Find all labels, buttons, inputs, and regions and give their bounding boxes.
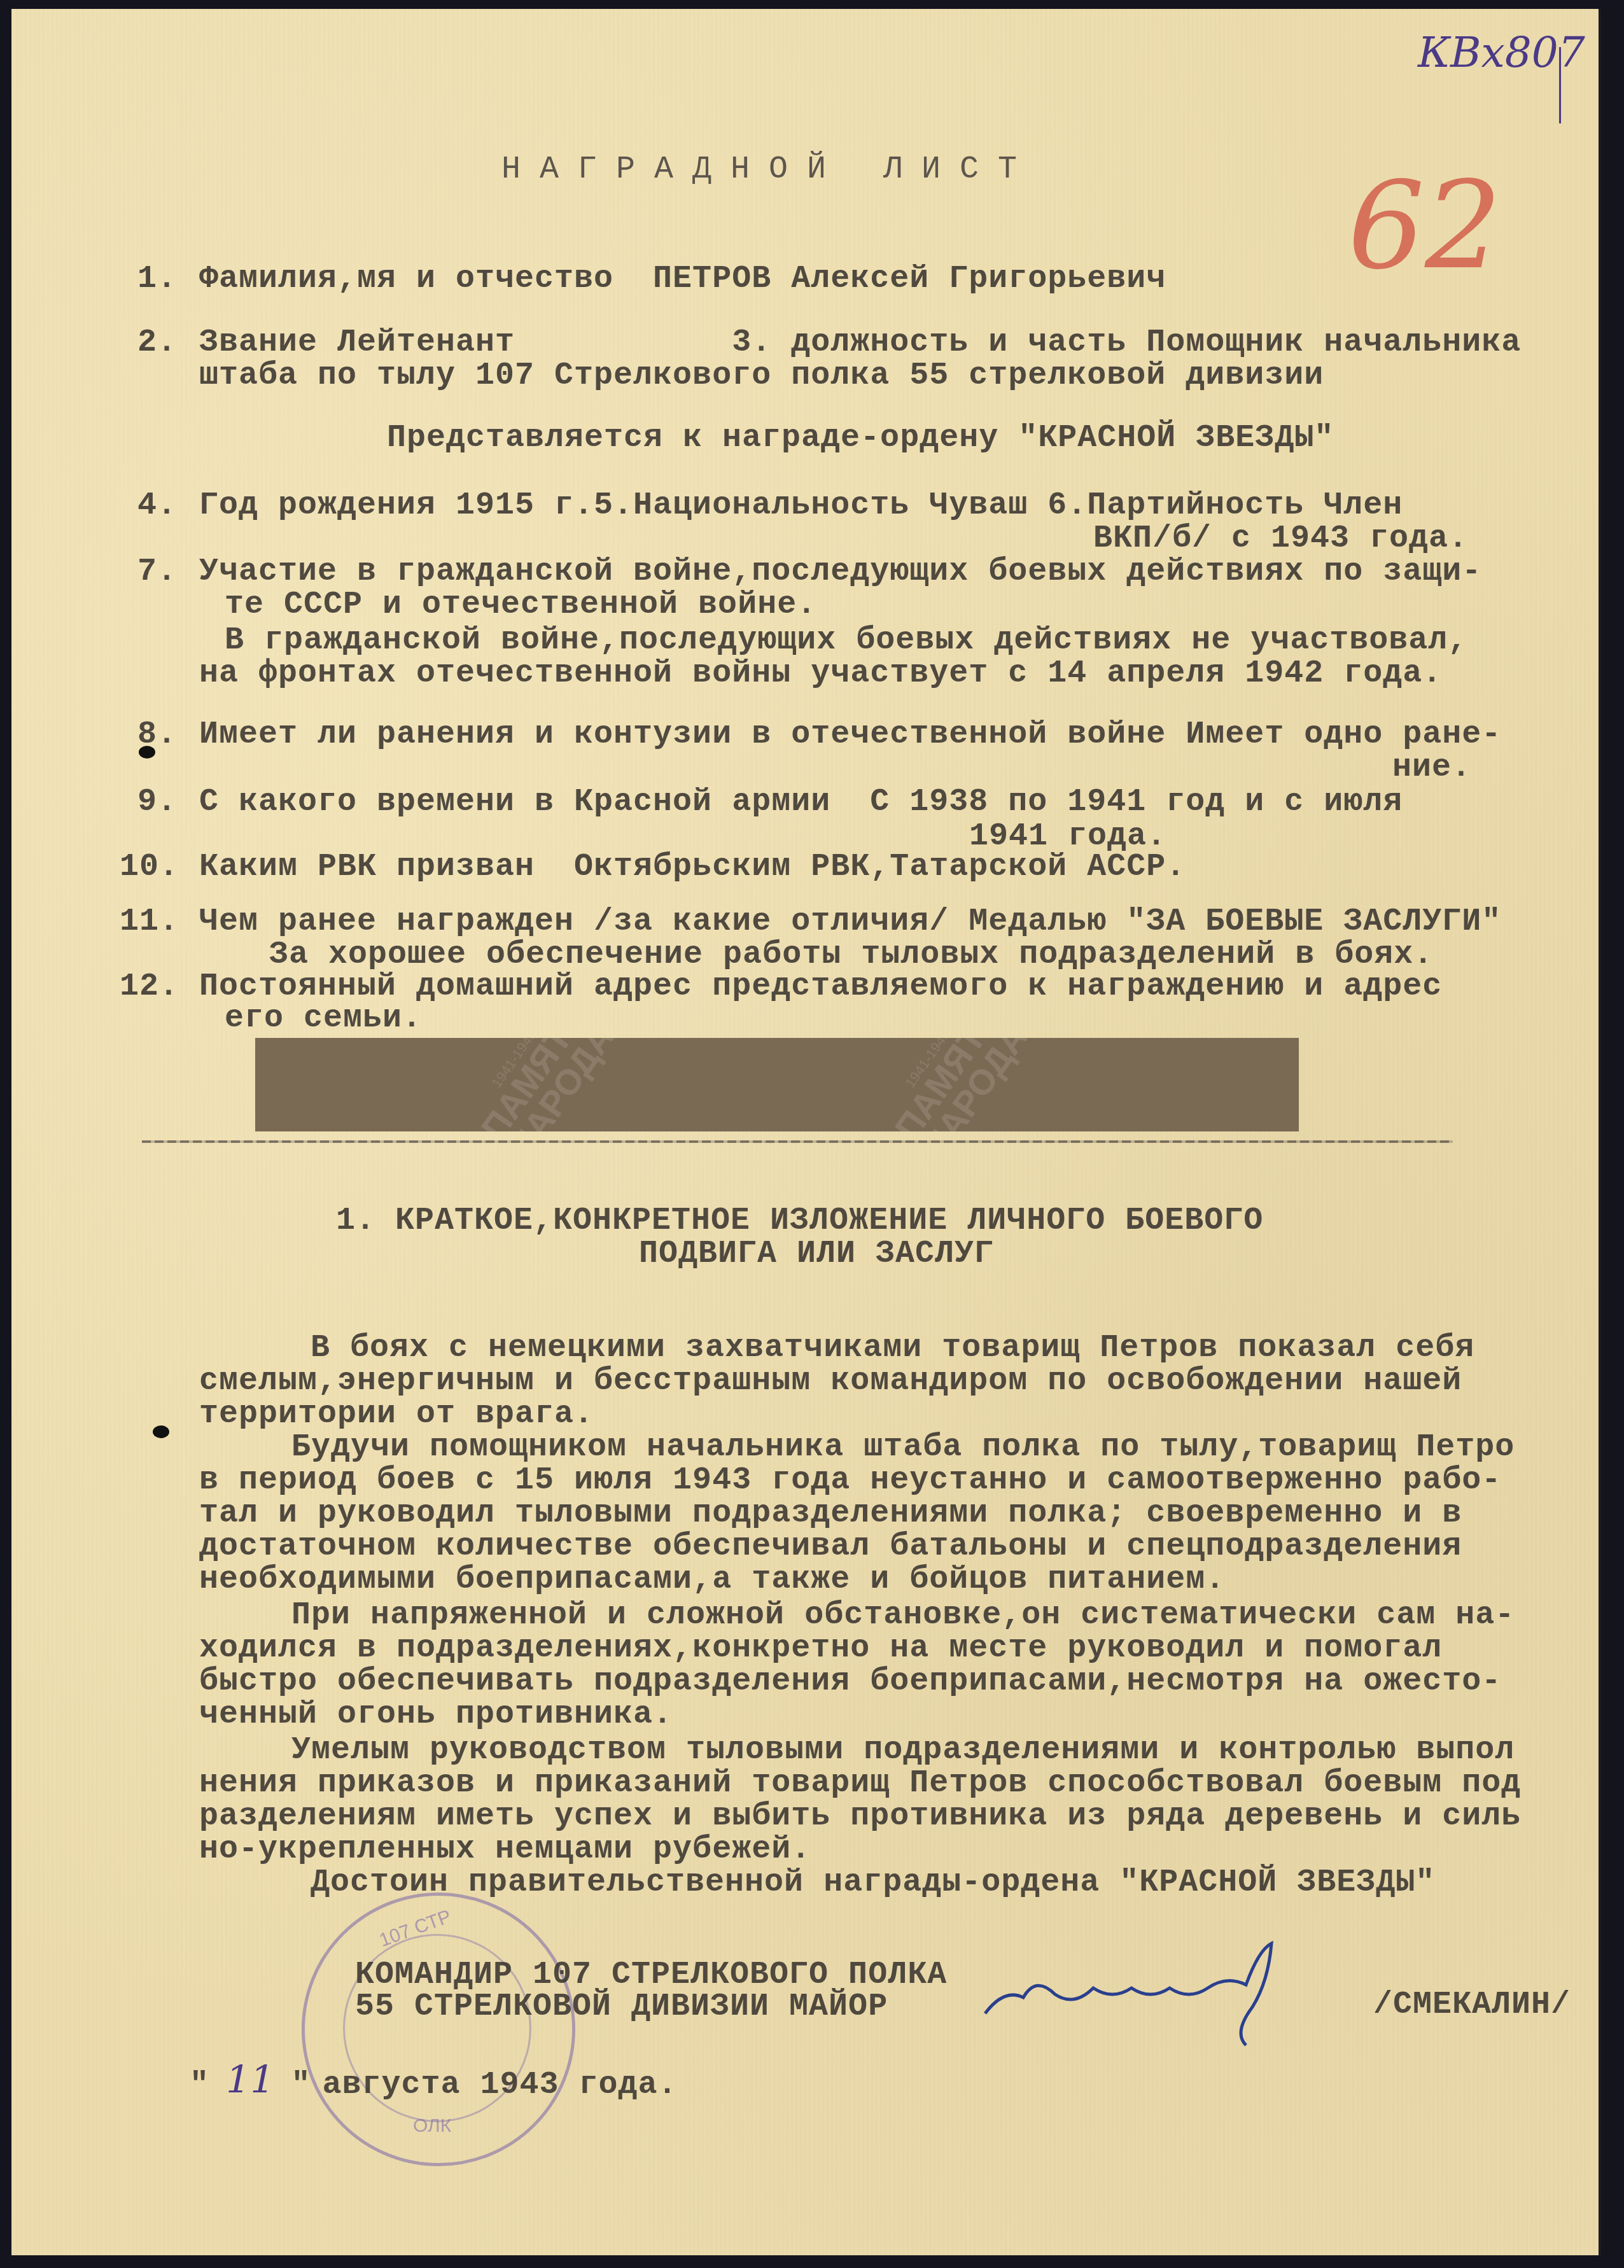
- field-text: Представляется к награде-ордену "КРАСНОЙ…: [387, 423, 1334, 454]
- section-heading-line-2: ПОДВИГА ИЛИ ЗАСЛУГ: [639, 1238, 994, 1270]
- field-text: С какого времени в Красной армии С 1938 …: [199, 787, 1403, 818]
- field-number: 10.: [120, 851, 179, 883]
- field-text: Постоянный домашний адрес представляемог…: [199, 971, 1442, 1003]
- date-day: 11: [226, 2058, 274, 2103]
- field-number: 7.: [137, 556, 177, 588]
- document-title: НАГРАДНОЙ ЛИСТ: [501, 154, 1036, 186]
- redaction-bar: 1941-1945 ПАМЯТЬНАРОДА 1941-1945 ПАМЯТЬН…: [255, 1038, 1299, 1131]
- narrative-line: разделениям иметь успех и выбить противн…: [199, 1801, 1521, 1833]
- narrative-line: Умелым руководством тыловыми подразделен…: [291, 1735, 1515, 1767]
- field-text: Фамилия,мя и отчество ПЕТРОВ Алексей Гри…: [199, 263, 1166, 295]
- section-heading-line-1: 1. КРАТКОЕ,КОНКРЕТНОЕ ИЗЛОЖЕНИЕ ЛИЧНОГО …: [336, 1205, 1263, 1237]
- narrative-line: Достоин правительственной награды-ордена…: [311, 1867, 1435, 1899]
- narrative-line: При напряженной и сложной обстановке,он …: [291, 1600, 1515, 1632]
- field-text: Год рождения 1915 г.5.Национальность Чув…: [199, 490, 1403, 522]
- official-stamp: 107 СТР ОЛК: [302, 1893, 575, 2166]
- date-text: августа 1943 года.: [322, 2067, 677, 2103]
- award-sheet: КВх807 62 НАГРАДНОЙ ЛИСТ 1.Фамилия,мя и …: [11, 9, 1601, 2255]
- handwritten-signature: [979, 1937, 1361, 2052]
- narrative-line: в период боев с 15 июля 1943 года неуста…: [199, 1465, 1501, 1497]
- narrative-line: ходился в подразделениях,конкретно на ме…: [199, 1633, 1442, 1665]
- field-text: Звание Лейтенант 3. должность и часть По…: [199, 327, 1521, 359]
- field-text: Каким РВК призван Октябрьским РВК,Татарс…: [199, 851, 1186, 883]
- field-text: его семьи.: [225, 1003, 422, 1035]
- field-text: на фронтах отечественной войны участвует…: [199, 658, 1442, 690]
- field-text: Участие в гражданской войне,последующих …: [199, 556, 1481, 588]
- field-text: Чем ранее награжден /за какие отличия/ М…: [199, 906, 1501, 938]
- field-number: 2.: [137, 327, 177, 359]
- field-number: 9.: [137, 787, 177, 818]
- commander-name: /СМЕКАЛИН/: [1373, 1989, 1571, 2021]
- field-text: штаба по тылу 107 Стрелкового полка 55 с…: [199, 360, 1324, 392]
- narrative-line: ченный огонь противника.: [199, 1699, 673, 1731]
- narrative-line: Будучи помощником начальника штаба полка…: [291, 1432, 1515, 1464]
- narrative-line: территории от врага.: [199, 1399, 594, 1431]
- watermark: 1941-1945 ПАМЯТЬНАРОДА: [878, 1038, 1033, 1131]
- narrative-line: быстро обеспечивать подразделения боепри…: [199, 1666, 1501, 1698]
- field-text: Имеет ли ранения и контузии в отечествен…: [199, 719, 1501, 751]
- field-text: 1941 года.: [969, 821, 1166, 853]
- binder-hole: [153, 1425, 169, 1438]
- narrative-line: достаточном количестве обеспечивал батал…: [199, 1531, 1462, 1563]
- narrative-line: смелым,энергичным и бесстрашным командир…: [199, 1366, 1462, 1397]
- field-number: 12.: [120, 971, 179, 1003]
- page-number: 62: [1348, 155, 1502, 296]
- watermark: 1941-1945 ПАМЯТЬНАРОДА: [465, 1038, 619, 1131]
- binder-hole: [139, 746, 155, 759]
- signature-line-1: КОМАНДИР 107 СТРЕЛКОВОГО ПОЛКА: [355, 1959, 947, 1991]
- field-text: В гражданской войне,последующих боевых д…: [225, 625, 1467, 657]
- field-text: ние.: [1392, 752, 1471, 784]
- narrative-line: но-укрепленных немцами рубежей.: [199, 1834, 811, 1866]
- field-number: 11.: [120, 906, 179, 938]
- narrative-line: необходимыми боеприпасами,а также и бойц…: [199, 1564, 1225, 1596]
- narrative-line: тал и руководил тыловыми подразделениями…: [199, 1498, 1462, 1530]
- narrative-line: В боях с немецкими захватчиками товарищ …: [311, 1333, 1474, 1364]
- field-number: 1.: [137, 263, 177, 295]
- field-text: ВКП/б/ с 1943 года.: [1093, 523, 1468, 555]
- section-divider: [142, 1140, 1453, 1143]
- signature-line-2: 55 СТРЕЛКОВОЙ ДИВИЗИИ МАЙОР: [355, 1991, 888, 2023]
- field-text: те СССР и отечественной войне.: [225, 589, 816, 621]
- date-line: " 11 " августа 1943 года.: [190, 2058, 677, 2103]
- field-number: 4.: [137, 490, 177, 522]
- field-text: За хорошее обеспечение работы тыловых по…: [269, 939, 1433, 971]
- narrative-line: нения приказов и приказаний товарищ Петр…: [199, 1768, 1521, 1800]
- archive-mark-stroke: [1559, 47, 1561, 123]
